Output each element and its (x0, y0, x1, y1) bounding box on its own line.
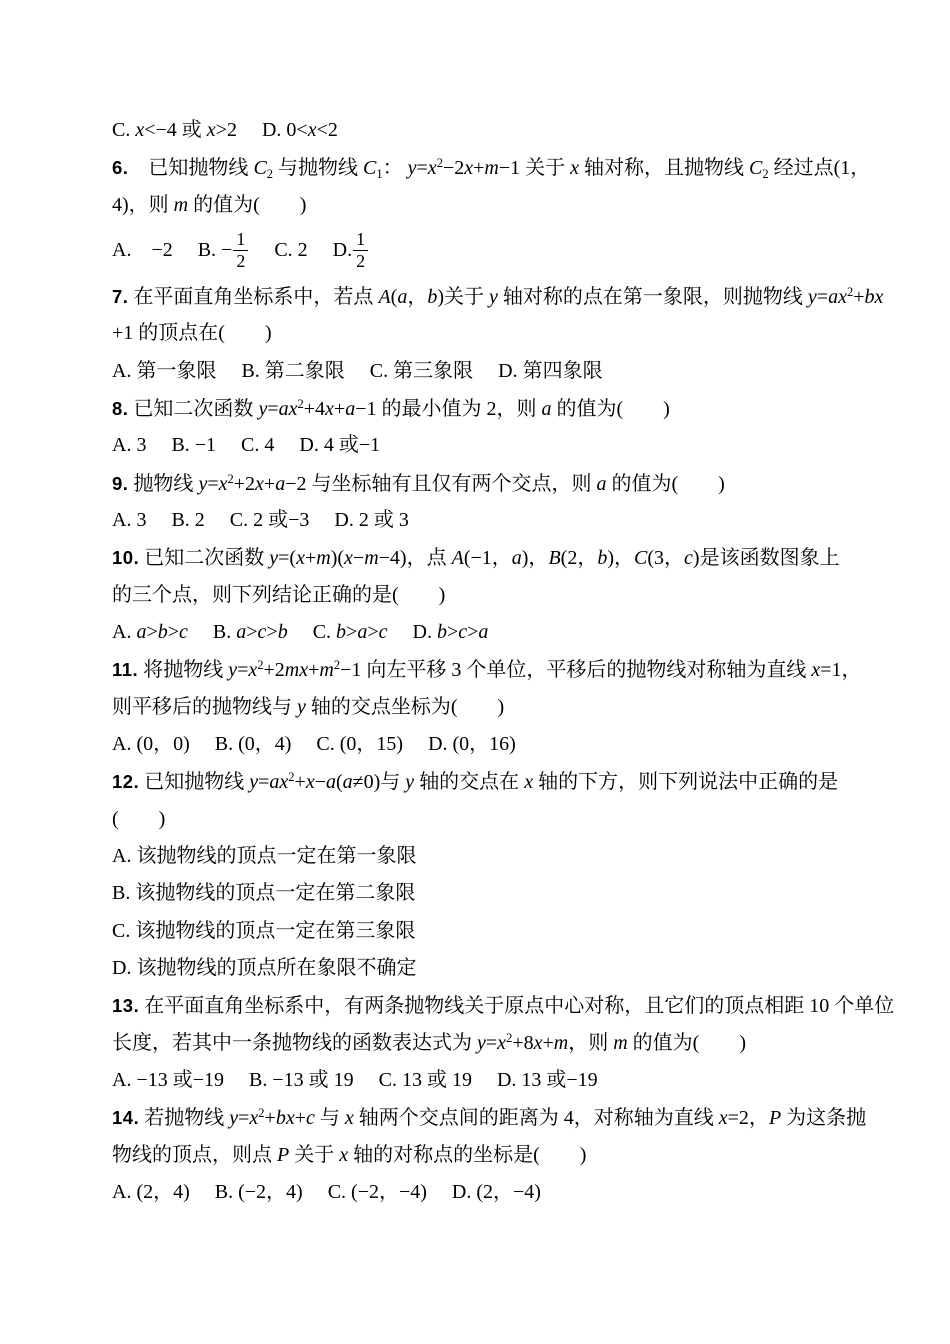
text-run: + (264, 473, 275, 495)
q11-options: A. (0，0) B. (0，4) C. (0，15) D. (0，16) (112, 726, 852, 763)
math-variable: a (343, 771, 353, 793)
math-variable: b (597, 547, 607, 569)
math-variable: y (198, 473, 207, 495)
document-content: C. x<−4 或 x>2 D. 0<x<26. 已知抛物线 C2 与抛物线 C… (112, 112, 852, 1211)
text-run: + (542, 1032, 553, 1054)
math-variable: c (306, 1107, 315, 1129)
text-run: 长度，若其中一条抛物线的函数表达式为 (112, 1032, 477, 1054)
text-run: 轴的下方，则下列说法中正确的是 (533, 771, 838, 793)
text-run: + (334, 398, 345, 420)
q12-option-b: B. 该抛物线的顶点一定在第二象限 (112, 875, 852, 912)
text-run: A. 该抛物线的顶点一定在第一象限 (112, 845, 416, 867)
text-run: A. (0，0) B. (0，4) C. (0，15) D. (0，16) (112, 733, 516, 755)
text-run: )， (607, 547, 634, 569)
math-variable: A (378, 286, 390, 308)
text-run: )关于 (437, 286, 489, 308)
q10-line1: 10. 已知二次函数 y=(x+m)(x−m−4)，点 A(−1，a)，B(2，… (112, 539, 852, 576)
q12-option-c: C. 该抛物线的顶点一定在第三象限 (112, 913, 852, 950)
math-variable: y (808, 286, 817, 308)
math-variable: x (428, 157, 437, 179)
text-run: 在平面直角坐标系中，若点 (128, 286, 378, 308)
math-variable: y (297, 696, 306, 718)
q7-line1: 7. 在平面直角坐标系中，若点 A(a，b)关于 y 轴对称的点在第一象限，则抛… (112, 278, 852, 315)
fraction-denominator: 2 (233, 251, 248, 272)
text-run: C. (288, 621, 336, 643)
math-variable: y (229, 1107, 238, 1129)
text-run: A. (2，4) B. (−2，4) C. (−2，−4) D. (2，−4) (112, 1181, 541, 1203)
q8-options: A. 3 B. −1 C. 4 D. 4 或−1 (112, 427, 852, 464)
text-run: ( (336, 771, 343, 793)
math-variable: a (136, 621, 146, 643)
text-run: C. 2 D. (249, 232, 352, 269)
math-variable: x (464, 157, 473, 179)
text-run: A. 3 B. 2 C. 2 或−3 D. 2 或 3 (112, 509, 409, 531)
math-variable: y (258, 398, 267, 420)
text-run: = (207, 473, 218, 495)
math-variable: a (478, 621, 488, 643)
text-run: −1 的最小值为 2，则 (355, 398, 541, 420)
q14-options: A. (2，4) B. (−2，4) C. (−2，−4) D. (2，−4) (112, 1174, 852, 1211)
math-variable: a (512, 547, 522, 569)
q10-options: A. a>b>c B. a>c>b C. b>a>c D. b>c>a (112, 614, 852, 651)
text-run: <2 (317, 119, 338, 141)
question-number: 6. (112, 157, 128, 178)
text-run: − (353, 547, 364, 569)
math-variable: P (769, 1107, 781, 1129)
math-variable: x (219, 473, 228, 495)
text-run: −1 关于 (499, 157, 570, 179)
text-run: = (817, 286, 828, 308)
text-run: <−4 或 (144, 119, 207, 141)
text-run: C. 该抛物线的顶点一定在第三象限 (112, 920, 415, 942)
text-run: +2 (234, 473, 255, 495)
text-run: +8 (512, 1032, 533, 1054)
math-variable: x (255, 473, 264, 495)
q8-line1: 8. 已知二次函数 y=ax2+4x+a−1 的最小值为 2，则 a 的值为( … (112, 390, 852, 427)
math-variable: x (339, 1144, 348, 1166)
text-run: = (237, 659, 248, 681)
text-run: + (295, 771, 306, 793)
math-variable: m (554, 1032, 568, 1054)
text-run: 的值为( ) (551, 398, 669, 420)
text-run: )， (522, 547, 549, 569)
text-run: 的三个点，则下列结论正确的是( ) (112, 584, 445, 606)
text-run: A. 3 B. −1 C. 4 D. 4 或−1 (112, 434, 380, 456)
q6-options: A. −2 B. −12 C. 2 D. 12 (112, 224, 852, 278)
text-run: ，则 (568, 1032, 613, 1054)
document-page: C. x<−4 或 x>2 D. 0<x<26. 已知抛物线 C2 与抛物线 C… (0, 0, 950, 1344)
text-run: 在平面直角坐标系中，有两条抛物线关于原点中心对称，且它们的顶点相距 10 个单位 (139, 995, 894, 1017)
text-run: > (467, 621, 478, 643)
text-run: 与 (315, 1107, 345, 1129)
text-run: 物线的顶点，则点 (112, 1144, 277, 1166)
math-variable: x (306, 771, 315, 793)
q12-option-d: D. 该抛物线的顶点所在象限不确定 (112, 950, 852, 987)
math-variable: C (253, 157, 266, 179)
text-run: > (447, 621, 458, 643)
text-run: (2， (561, 547, 598, 569)
text-run: 已知抛物线 (128, 157, 253, 179)
text-run: 关于 (289, 1144, 339, 1166)
q7-options: A. 第一象限 B. 第二象限 C. 第三象限 D. 第四象限 (112, 353, 852, 390)
math-variable: b (336, 621, 346, 643)
text-run: = (486, 1032, 497, 1054)
q6-line1: 6. 已知抛物线 C2 与抛物线 C1： y=x2−2x+m−1 关于 x 轴对… (112, 149, 852, 186)
math-variable: x (345, 1107, 354, 1129)
text-run: 若抛物线 (139, 1107, 229, 1129)
text-run: > (266, 621, 277, 643)
text-run: )( (331, 547, 344, 569)
question-number: 14. (112, 1107, 139, 1128)
q12-line1: 12. 已知抛物线 y=ax2+x−a(a≠0)与 y 轴的交点在 x 轴的下方… (112, 763, 852, 800)
q13-line2: 长度，若其中一条抛物线的函数表达式为 y=x2+8x+m，则 m 的值为( ) (112, 1025, 852, 1062)
math-variable: y (228, 659, 237, 681)
text-run: = (238, 1107, 249, 1129)
math-variable: c (684, 547, 693, 569)
fraction: 12 (233, 230, 248, 273)
text-run: 已知二次函数 (128, 398, 258, 420)
text-run: = (267, 398, 278, 420)
fraction-denominator: 2 (353, 251, 368, 272)
text-run: 为这条抛 (781, 1107, 866, 1129)
q12-option-a: A. 该抛物线的顶点一定在第一象限 (112, 838, 852, 875)
text-run: 已知二次函数 (139, 547, 269, 569)
text-run: 的值为( ) (606, 473, 724, 495)
math-variable: m (316, 547, 330, 569)
math-variable: x (524, 771, 533, 793)
math-variable: y (477, 1032, 486, 1054)
text-run: ， (407, 286, 427, 308)
math-variable: C (749, 157, 762, 179)
text-run: 的值为( ) (628, 1032, 746, 1054)
question-number: 10. (112, 547, 139, 568)
text-run: 轴对称的点在第一象限，则抛物线 (498, 286, 808, 308)
math-variable: y (269, 547, 278, 569)
math-variable: m (484, 157, 498, 179)
q11-line1: 11. 将抛物线 y=x2+2mx+m2−1 向左平移 3 个单位，平移后的抛物… (112, 651, 852, 688)
text-run: A. (112, 621, 136, 643)
text-run: (3， (647, 547, 684, 569)
text-run: 轴的交点在 (414, 771, 524, 793)
text-run: > (168, 621, 179, 643)
math-variable: y (408, 157, 417, 179)
math-variable: a (541, 398, 551, 420)
math-variable: y (249, 771, 258, 793)
text-run: ： (383, 157, 408, 179)
math-variable: C (634, 547, 647, 569)
text-run: + (295, 1107, 306, 1129)
fraction: 12 (353, 230, 368, 273)
math-variable: x (497, 1032, 506, 1054)
math-variable: bx (276, 1107, 295, 1129)
text-run: −1 向左平移 3 个单位，平移后的抛物线对称轴为直线 (340, 659, 811, 681)
text-run: 已知抛物线 (139, 771, 249, 793)
question-number: 8. (112, 398, 128, 419)
text-run: −2 与坐标轴有且仅有两个交点，则 (285, 473, 596, 495)
text-run: + (473, 157, 484, 179)
q10-line2: 的三个点，则下列结论正确的是( ) (112, 577, 852, 614)
text-run: ≠0)与 (353, 771, 406, 793)
text-run: B. 该抛物线的顶点一定在第二象限 (112, 882, 415, 904)
math-variable: m (364, 547, 378, 569)
text-run: +1 的顶点在( ) (112, 322, 272, 344)
text-run: 则平移后的抛物线与 (112, 696, 297, 718)
math-variable: C (363, 157, 376, 179)
question-number: 13. (112, 995, 139, 1016)
q5-options-cd: C. x<−4 或 x>2 D. 0<x<2 (112, 112, 852, 149)
math-variable: x (135, 119, 144, 141)
q12-line2: ( ) (112, 801, 852, 838)
math-variable: m (613, 1032, 627, 1054)
text-run: 的值为( ) (188, 194, 306, 216)
math-variable: x (719, 1107, 728, 1129)
q13-options: A. −13 或−19 B. −13 或 19 C. 13 或 19 D. 13… (112, 1062, 852, 1099)
math-variable: x (249, 1107, 258, 1129)
math-variable: b (437, 621, 447, 643)
text-run: − (315, 771, 326, 793)
text-run: A. 第一象限 B. 第二象限 C. 第三象限 D. 第四象限 (112, 360, 603, 382)
q13-line1: 13. 在平面直角坐标系中，有两条抛物线关于原点中心对称，且它们的顶点相距 10… (112, 987, 852, 1024)
text-run: + (308, 659, 319, 681)
text-run: 轴的交点坐标为( ) (306, 696, 504, 718)
text-run: 经过点(1， (769, 157, 871, 179)
math-variable: a (275, 473, 285, 495)
question-number: 9. (112, 473, 128, 494)
math-variable: c (379, 621, 388, 643)
math-variable: x (296, 547, 305, 569)
text-run: 轴对称，且抛物线 (579, 157, 749, 179)
text-run: > (346, 621, 357, 643)
math-variable: ax (269, 771, 288, 793)
math-variable: x (325, 398, 334, 420)
q7-line2: +1 的顶点在( ) (112, 315, 852, 352)
math-variable: x (344, 547, 353, 569)
text-run: +4 (304, 398, 325, 420)
question-number: 11. (112, 659, 138, 680)
math-variable: mx (285, 659, 308, 681)
text-run: 与抛物线 (273, 157, 363, 179)
text-run: 抛物线 (128, 473, 198, 495)
q9-line1: 9. 抛物线 y=x2+2x+a−2 与坐标轴有且仅有两个交点，则 a 的值为(… (112, 465, 852, 502)
question-number: 12. (112, 771, 139, 792)
math-variable: a (596, 473, 606, 495)
text-run: + (265, 1107, 276, 1129)
text-run: −2 (443, 157, 464, 179)
math-variable: B (548, 547, 560, 569)
math-variable: b (158, 621, 168, 643)
math-variable: m (174, 194, 188, 216)
text-run: 轴的对称点的坐标是( ) (348, 1144, 586, 1166)
q14-line2: 物线的顶点，则点 P 关于 x 轴的对称点的坐标是( ) (112, 1137, 852, 1174)
text-run: −4)，点 (379, 547, 452, 569)
text-run: +2 (264, 659, 285, 681)
text-run: > (246, 621, 257, 643)
text-run: A. −2 B. − (112, 232, 232, 269)
math-variable: x (811, 659, 820, 681)
math-variable: c (458, 621, 467, 643)
text-run: 4)，则 (112, 194, 174, 216)
math-variable: a (357, 621, 367, 643)
text-run: > (146, 621, 157, 643)
math-variable: a (236, 621, 246, 643)
math-variable: y (405, 771, 414, 793)
math-variable: b (427, 286, 437, 308)
math-variable: bx (864, 286, 883, 308)
text-run: 将抛物线 (138, 659, 228, 681)
text-run: D. (388, 621, 437, 643)
text-run: )是该函数图象上 (693, 547, 840, 569)
math-variable: b (278, 621, 288, 643)
text-run: =( (278, 547, 296, 569)
text-run: A. −13 或−19 B. −13 或 19 C. 13 或 19 D. 13… (112, 1069, 598, 1091)
math-variable: ax (279, 398, 298, 420)
math-variable: c (179, 621, 188, 643)
math-variable: ax (828, 286, 847, 308)
fraction-numerator: 1 (233, 230, 248, 252)
text-run: + (853, 286, 864, 308)
math-variable: a (345, 398, 355, 420)
text-run: >2 D. 0< (216, 119, 308, 141)
text-run: ( ) (112, 808, 165, 830)
text-run: D. 该抛物线的顶点所在象限不确定 (112, 957, 416, 979)
math-variable: x (570, 157, 579, 179)
text-run: = (417, 157, 428, 179)
q11-line2: 则平移后的抛物线与 y 轴的交点坐标为( ) (112, 689, 852, 726)
text-run: (−1， (464, 547, 512, 569)
math-variable: m (319, 659, 333, 681)
math-variable: x (207, 119, 216, 141)
math-variable: x (308, 119, 317, 141)
text-run: C. (112, 119, 135, 141)
question-number: 7. (112, 286, 128, 307)
text-run: = (258, 771, 269, 793)
math-variable: a (397, 286, 407, 308)
math-variable: P (277, 1144, 289, 1166)
math-variable: x (248, 659, 257, 681)
text-run: > (367, 621, 378, 643)
text-run: + (305, 547, 316, 569)
math-variable: A (452, 547, 464, 569)
text-run: =2， (728, 1107, 769, 1129)
fraction-numerator: 1 (353, 230, 368, 252)
math-variable: a (326, 771, 336, 793)
q14-line1: 14. 若抛物线 y=x2+bx+c 与 x 轴两个交点间的距离为 4，对称轴为… (112, 1099, 852, 1136)
text-run: B. (188, 621, 236, 643)
text-run: 轴两个交点间的距离为 4，对称轴为直线 (354, 1107, 719, 1129)
q6-line2: 4)，则 m 的值为( ) (112, 187, 852, 224)
q9-options: A. 3 B. 2 C. 2 或−3 D. 2 或 3 (112, 502, 852, 539)
math-variable: y (489, 286, 498, 308)
text-run: =1， (820, 659, 861, 681)
